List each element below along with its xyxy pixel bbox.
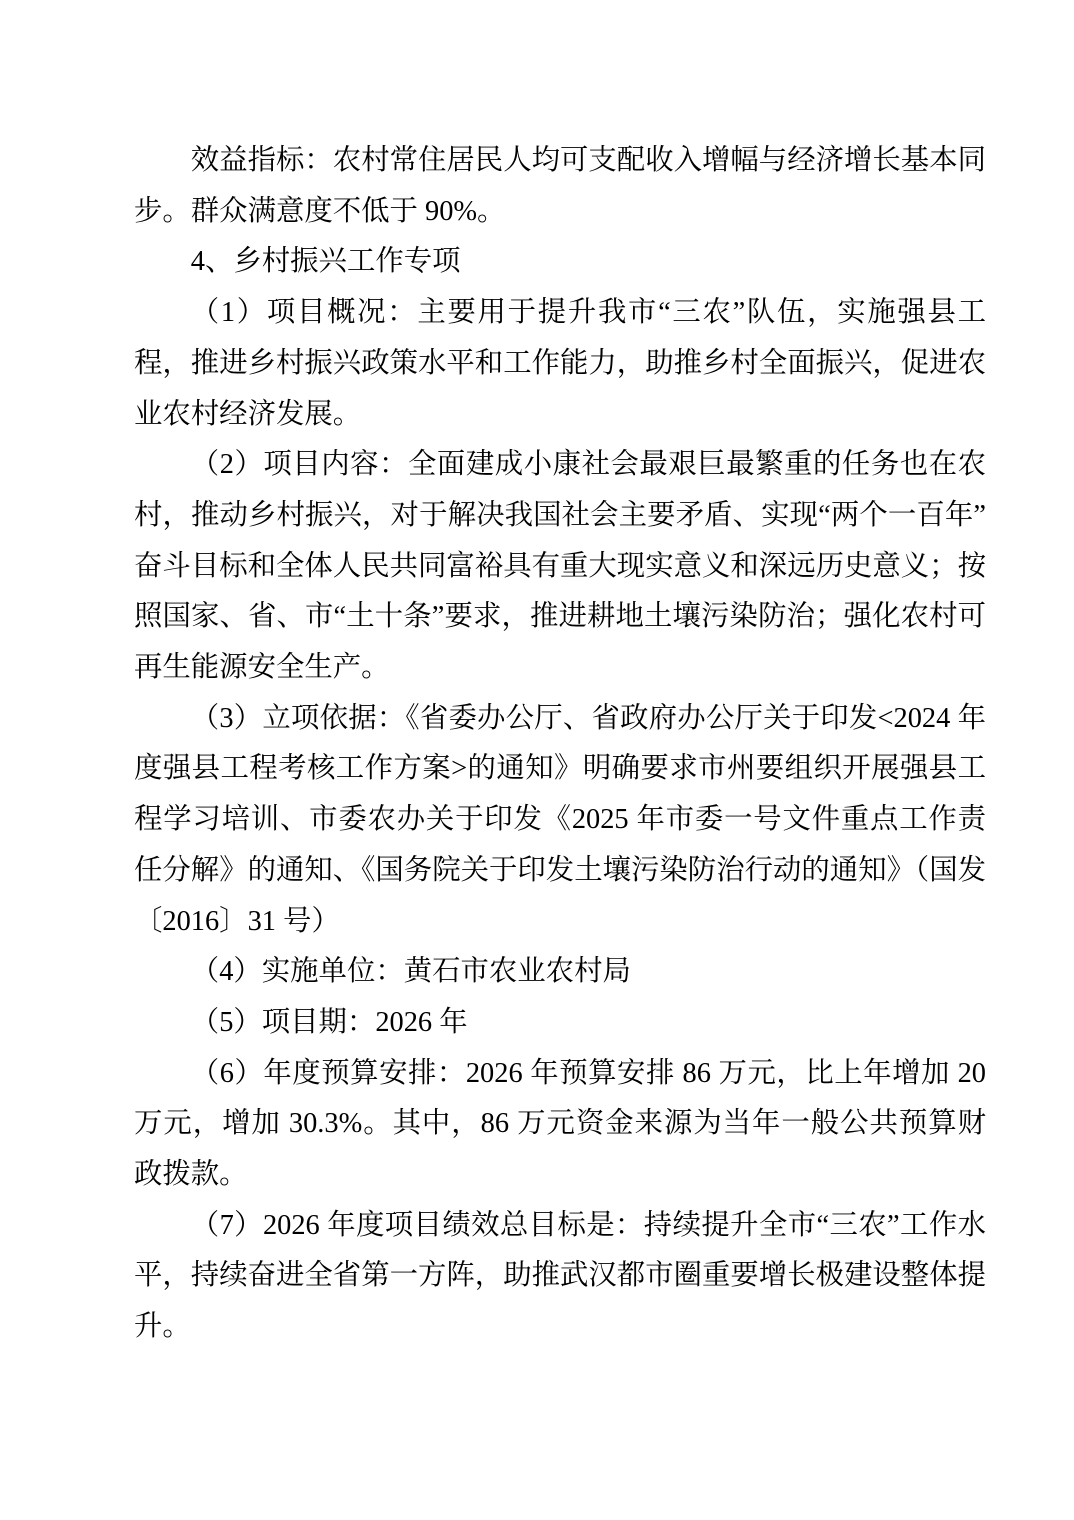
paragraph-item-3-basis: （3）立项依据：《省委办公厅、省政府办公厅关于印发<2024 年度强县工程考核工… — [134, 694, 986, 948]
paragraph-section-4-heading: 4、乡村振兴工作专项 — [134, 237, 986, 288]
paragraph-item-5-period: （5）项目期：2026 年 — [134, 998, 986, 1049]
document-page: 效益指标：农村常住居民人均可支配收入增幅与经济增长基本同步。群众满意度不低于 9… — [0, 0, 1074, 1520]
paragraph-item-4-unit: （4）实施单位：黄石市农业农村局 — [134, 947, 986, 998]
paragraph-item-2-content: （2）项目内容：全面建成小康社会最艰巨最繁重的任务也在农村，推动乡村振兴，对于解… — [134, 440, 986, 694]
document-body: 效益指标：农村常住居民人均可支配收入增幅与经济增长基本同步。群众满意度不低于 9… — [134, 136, 986, 1353]
paragraph-item-1-overview: （1）项目概况：主要用于提升我市“三农”队伍，实施强县工程，推进乡村振兴政策水平… — [134, 288, 986, 440]
paragraph-benefit-indicator: 效益指标：农村常住居民人均可支配收入增幅与经济增长基本同步。群众满意度不低于 9… — [134, 136, 986, 237]
paragraph-item-6-budget: （6）年度预算安排：2026 年预算安排 86 万元，比上年增加 20 万元，增… — [134, 1049, 986, 1201]
paragraph-item-7-goal: （7）2026 年度项目绩效总目标是：持续提升全市“三农”工作水平，持续奋进全省… — [134, 1201, 986, 1353]
